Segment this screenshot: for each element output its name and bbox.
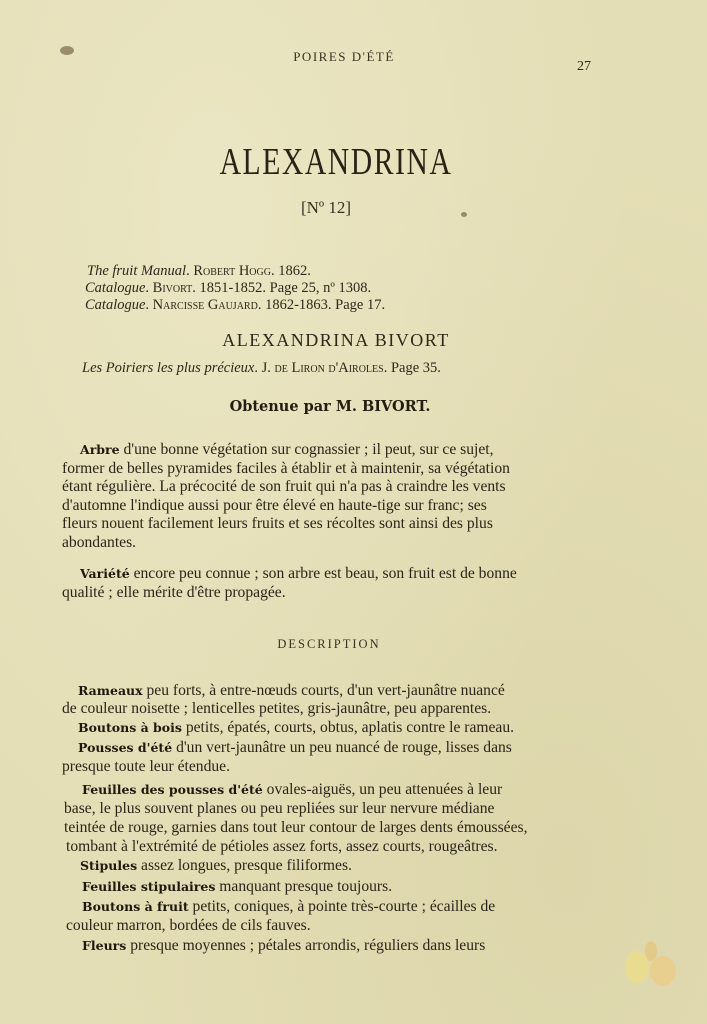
pear-illustration-bleedthrough-icon: [615, 935, 685, 995]
line-lead: Boutons à fruit: [82, 899, 189, 914]
text: encore peu connue ; son arbre est beau, …: [134, 565, 517, 582]
line-text: petits, coniques, à pointe très-courte ;…: [193, 898, 496, 915]
description-line: de couleur noisette ; lenticelles petite…: [62, 700, 491, 718]
reference-line: Catalogue. Narcisse Gaujard. 1862-1863. …: [85, 297, 385, 314]
paragraph-line: qualité ; elle mérite d'être propagée.: [62, 584, 600, 603]
line-lead: Feuilles des pousses d'été: [82, 782, 263, 797]
line-text: manquant presque toujours.: [219, 878, 392, 895]
reference-work: The fruit Manual: [87, 263, 186, 279]
line-text: d'un vert-jaunâtre un peu nuancé de roug…: [176, 739, 512, 756]
description-line: Boutons à bois petits, épatés, courts, o…: [78, 719, 514, 737]
paragraph-line: fleurs nouent facilement leurs fruits et…: [62, 515, 600, 534]
description-line: Fleurs presque moyennes ; pétales arrond…: [82, 937, 485, 955]
line-lead: Stipules: [80, 858, 137, 873]
description-line: Boutons à fruit petits, coniques, à poin…: [82, 898, 495, 916]
description-line: Stipules assez longues, presque filiform…: [80, 857, 352, 875]
line-lead: Rameaux: [78, 683, 143, 698]
paragraph-line: Variété encore peu connue ; son arbre es…: [62, 565, 600, 584]
reference-author-prefix: J. de: [262, 360, 288, 376]
description-line: tombant à l'extrémité de pétioles assez …: [66, 838, 498, 856]
line-text: presque moyennes ; pétales arrondis, rég…: [130, 937, 485, 954]
reference-work: Catalogue: [85, 297, 145, 313]
paragraph-line: Arbre d'une bonne végétation sur cognass…: [62, 441, 600, 460]
description-line: presque toute leur étendue.: [62, 758, 230, 776]
reference-author: Robert Hogg: [193, 263, 271, 279]
reference-details: 1851-1852. Page 25, nº 1308.: [200, 280, 372, 296]
paragraph-line: d'automne l'indique aussi pour être élev…: [62, 497, 600, 516]
line-text: peu forts, à entre-nœuds courts, d'un ve…: [147, 682, 505, 699]
description-line: Pousses d'été d'un vert-jaunâtre un peu …: [78, 739, 512, 757]
obtained-by: Obtenue par M. BIVORT.: [0, 398, 660, 415]
reference-line: The fruit Manual. Robert Hogg. 1862.: [87, 263, 311, 280]
reference-line: Catalogue. Bivort. 1851-1852. Page 25, n…: [85, 280, 371, 297]
book-page: POIRES D'ÉTÉ 27 ALEXANDRINA [Nº 12] The …: [0, 0, 707, 1024]
reference-work: Les Poiriers les plus précieux: [82, 360, 254, 376]
line-lead: Pousses d'été: [78, 740, 172, 755]
description-line: couleur marron, bordées de cils fauves.: [66, 917, 311, 935]
reference-details: 1862-1863. Page 17.: [265, 297, 385, 313]
synonym-reference: Les Poiriers les plus précieux. J. de Li…: [82, 360, 441, 377]
reference-work: Catalogue: [85, 280, 145, 296]
reference-details: 1862.: [278, 263, 311, 279]
line-lead: Boutons à bois: [78, 720, 182, 735]
paragraph-arbre: Arbre d'une bonne végétation sur cognass…: [62, 441, 600, 553]
description-line: teintée de rouge, garnies dans tout leur…: [64, 819, 528, 837]
reference-details: Page 35.: [391, 360, 441, 376]
synonym-title: ALEXANDRINA BIVORT: [0, 330, 672, 351]
text: d'une bonne végétation sur cognassier ; …: [123, 441, 493, 458]
paragraph-lead: Arbre: [80, 442, 120, 457]
line-lead: Fleurs: [82, 938, 126, 953]
description-line: Feuilles stipulaires manquant presque to…: [82, 878, 392, 896]
description-line: Rameaux peu forts, à entre-nœuds courts,…: [78, 682, 505, 700]
page-number: 27: [577, 59, 591, 75]
line-text: petits, épatés, courts, obtus, aplatis c…: [186, 719, 514, 736]
line-text: ovales-aiguës, un peu attenuées à leur: [267, 781, 503, 798]
description-heading: DESCRIPTION: [0, 637, 658, 652]
description-line: Feuilles des pousses d'été ovales-aiguës…: [82, 781, 502, 799]
reference-author: Liron d'Airoles: [291, 360, 383, 376]
variety-title: ALEXANDRINA: [74, 140, 598, 184]
reference-author: Bivort: [153, 280, 193, 296]
description-line: base, le plus souvent planes ou peu repl…: [64, 800, 494, 818]
paragraph-variete: Variété encore peu connue ; son arbre es…: [62, 565, 600, 602]
line-lead: Feuilles stipulaires: [82, 879, 215, 894]
paragraph-line: abondantes.: [62, 534, 600, 553]
paragraph-line: étant régulière. La précocité de son fru…: [62, 478, 600, 497]
paragraph-line: former de belles pyramides faciles à éta…: [62, 460, 600, 479]
reference-author: Narcisse Gaujard: [153, 297, 258, 313]
variety-number: [Nº 12]: [0, 198, 652, 218]
paragraph-lead: Variété: [80, 566, 130, 581]
line-text: assez longues, presque filiformes.: [141, 857, 352, 874]
